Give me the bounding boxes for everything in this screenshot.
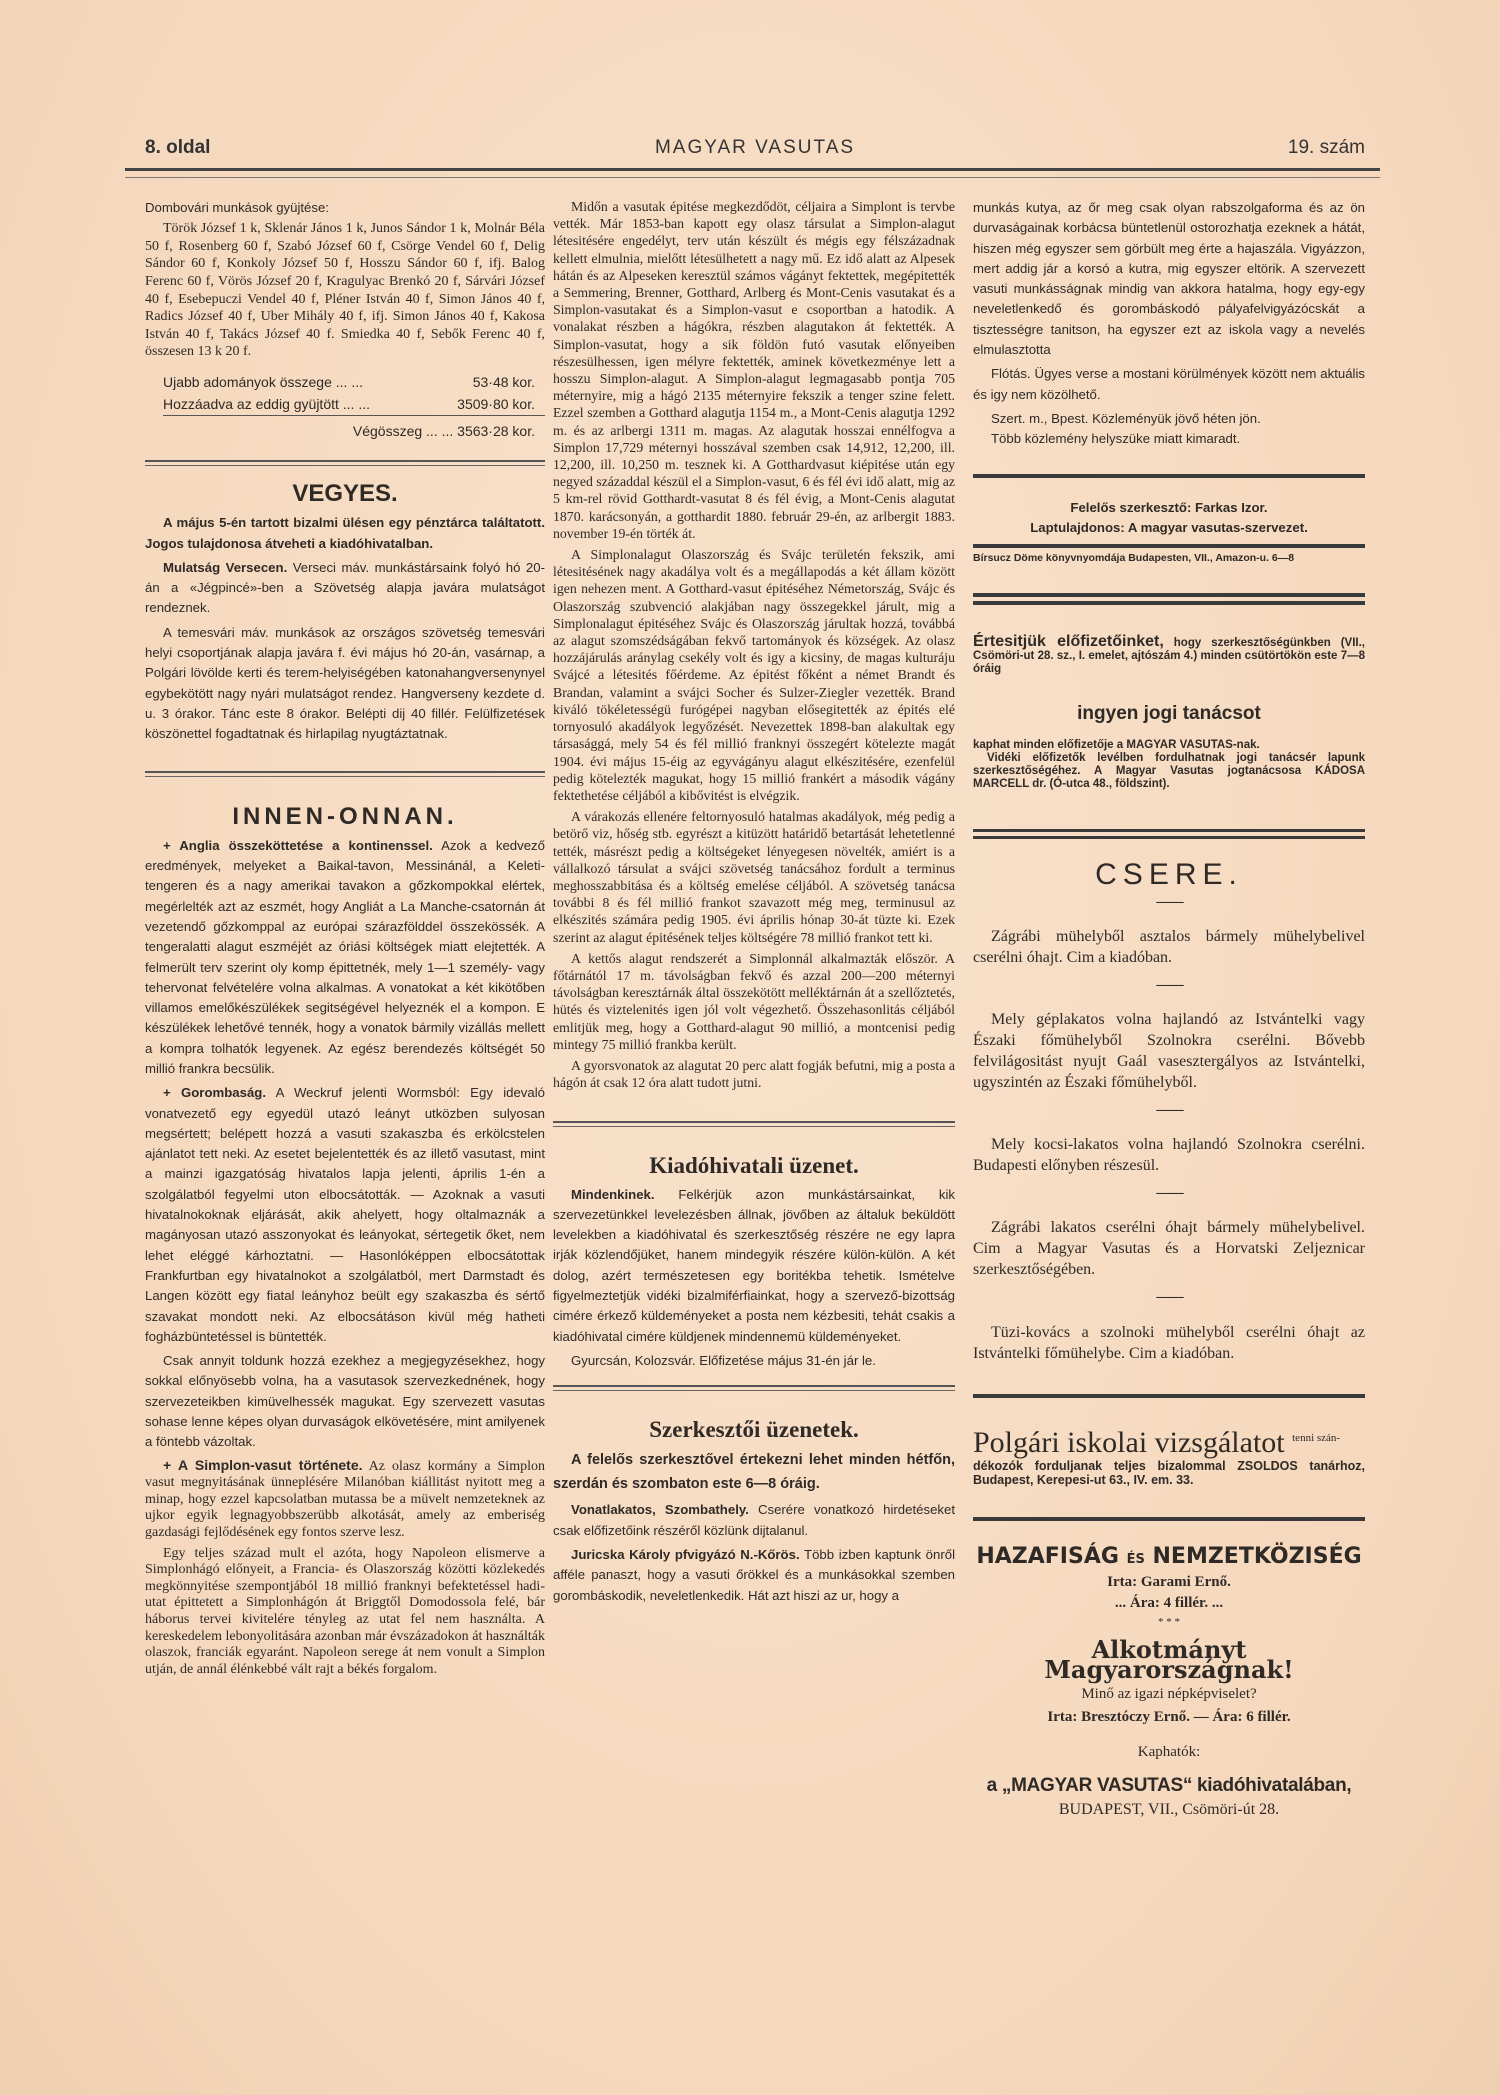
section-rule: [973, 836, 1365, 839]
separator: ——: [973, 1288, 1365, 1307]
school-exam-ad: Polgári iskolai vizsgálatot tenni szán- …: [973, 1422, 1365, 1487]
collection-list: Török József 1 k, Sklenár János 1 k, Jun…: [145, 220, 545, 361]
issue-number: 19. szám: [1288, 137, 1365, 159]
article-paragraph: Csak annyit toldunk hozzá ezekhez a megj…: [145, 1351, 545, 1452]
newspaper-page: 8. oldal MAGYAR VASUTAS 19. szám Dombová…: [145, 0, 1365, 2095]
running-header: 8. oldal MAGYAR VASUTAS 19. szám: [145, 137, 1365, 167]
exchange-ad: Mely kocsi-lakatos volna hajlandó Szolno…: [973, 1134, 1365, 1176]
subscriber-notice: Értesitjük előfizetőinket, hogy szerkesz…: [973, 635, 1365, 676]
section-rule: [145, 771, 545, 777]
header-rule: [125, 168, 1380, 178]
sum-total: Végösszeg ... ... 3563·28 kor.: [163, 420, 545, 442]
message-paragraph: Juricska Károly pfvigyázó N.-Kőrös. Több…: [553, 1545, 955, 1606]
legal-advice-text: Vidéki előfizetők levélben fordulhatnak …: [973, 752, 1365, 791]
article-paragraph: A május 5-én tartott bizalmi ülésen egy …: [145, 513, 545, 554]
exchange-ad: Mely géplakatos volna hajlandó az István…: [973, 1009, 1365, 1093]
message-paragraph: Mindenkinek. Felkérjük azon munkástársai…: [553, 1185, 955, 1347]
article-paragraph: Midőn a vasutak épitése megkezdődöt, cél…: [553, 198, 955, 542]
article-paragraph: + Anglia összeköttetése a kontinenssel. …: [145, 836, 545, 1080]
responsible-editor: Felelős szerkesztő: Farkas Izor.: [973, 498, 1365, 518]
collection-title: Dombovári munkások gyüjtése:: [145, 198, 545, 218]
article-paragraph: + A Simplon-vasut története. Az olasz ko…: [145, 1457, 545, 1542]
section-rule: [973, 601, 1365, 605]
article-paragraph: Mulatság Versecen. Verseci máv. munkástá…: [145, 558, 545, 619]
legal-advice-text: kaphat minden előfizetője a MAGYAR VASUT…: [973, 739, 1365, 752]
message-paragraph: Vonatlakatos, Szombathely. Cserére vonat…: [553, 1500, 955, 1541]
separator: ——: [973, 1184, 1365, 1203]
section-rule: [973, 474, 1365, 478]
masthead-title: MAGYAR VASUTAS: [145, 137, 1365, 159]
exchange-ad: Tüzi-kovács a szolnoki mühelyből cseréln…: [973, 1322, 1365, 1364]
section-rule: [973, 829, 1365, 832]
column-right: munkás kutya, az őr meg csak olyan rabsz…: [973, 198, 1365, 1819]
section-rule: [973, 1517, 1365, 1521]
section-rule: [973, 544, 1365, 548]
column-middle: Midőn a vasutak épitése megkezdődöt, cél…: [553, 198, 955, 1610]
separator: ——: [973, 893, 1365, 912]
article-paragraph: A várakozás ellenére feltornyosuló hatal…: [553, 808, 955, 946]
article-paragraph: Egy teljes század mult el azóta, hogy Na…: [145, 1546, 545, 1679]
section-rule: [973, 593, 1365, 597]
sum-row: Hozzáadva az eddig gyüjtött ... ...3509·…: [163, 393, 545, 416]
section-rule: [145, 460, 545, 466]
article-paragraph: A Simplonalagut Olaszország és Svájc ter…: [553, 546, 955, 804]
article-paragraph: A gyorsvonatok az alagutat 20 perc alatt…: [553, 1057, 955, 1091]
section-rule: [553, 1385, 955, 1391]
legal-advice-title: ingyen jogi tanácsot: [973, 704, 1365, 723]
article-paragraph: A kettős alagut rendszerét a Simplonnál …: [553, 950, 955, 1053]
column-left: Dombovári munkások gyüjtése: Török Józse…: [145, 198, 545, 1682]
message-paragraph: A felelős szerkesztővel értekezni lehet …: [553, 1448, 955, 1496]
sum-row: Ujabb adományok összege ... ...53·48 kor…: [163, 371, 545, 393]
printer-imprint: Bírsucz Döme könyvnyomdája Budapesten, V…: [973, 552, 1365, 565]
section-rule: [553, 1121, 955, 1127]
section-title-szerkesztoi: Szerkesztői üzenetek.: [553, 1421, 955, 1438]
article-paragraph: + Gorombaság. A Weckruf jelenti Wormsból…: [145, 1083, 545, 1347]
message-paragraph: Flótás. Ügyes verse a mostani körülménye…: [973, 364, 1365, 405]
section-title-kiadohivatali: Kiadóhivatali üzenet.: [553, 1157, 955, 1174]
message-paragraph: Gyurcsán, Kolozsvár. Előfizetése május 3…: [553, 1351, 955, 1371]
message-paragraph: Több közlemény helyszüke miatt kimaradt.: [973, 429, 1365, 449]
section-title-csere: CSERE.: [973, 865, 1365, 884]
section-title-vegyes: VEGYES.: [145, 484, 545, 503]
message-paragraph: munkás kutya, az őr meg csak olyan rabsz…: [973, 198, 1365, 360]
message-paragraph: Szert. m., Bpest. Közleményük jövő héten…: [973, 409, 1365, 429]
separator: ——: [973, 976, 1365, 995]
section-title-innen-onnan: INNEN-ONNAN.: [145, 807, 545, 826]
separator: ——: [973, 1101, 1365, 1120]
section-rule: [973, 1394, 1365, 1398]
publisher: Laptulajdonos: A magyar vasutas-szerveze…: [973, 518, 1365, 538]
exchange-ad: Zágrábi mühelyből asztalos bármely mühel…: [973, 926, 1365, 968]
book-ad: HAZAFISÁG ÉS NEMZETKÖZISÉG Irta: Garami …: [973, 1547, 1365, 1819]
exchange-ad: Zágrábi lakatos cserélni óhajt bármely m…: [973, 1217, 1365, 1280]
article-paragraph: A temesvári máv. munkások az országos sz…: [145, 623, 545, 745]
donation-summary: Ujabb adományok összege ... ...53·48 kor…: [145, 371, 545, 442]
